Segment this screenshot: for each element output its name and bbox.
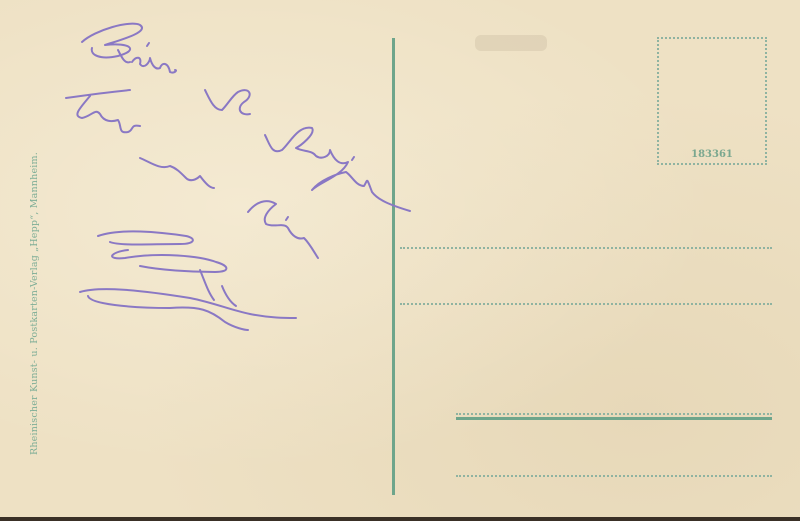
address-line-4 <box>456 475 772 477</box>
postcard: Rheinischer Kunst- u. Postkarten-Verlag … <box>0 0 800 517</box>
address-line-3-underline <box>456 417 772 420</box>
address-line-3-dotted <box>456 413 772 415</box>
card-number: 183361 <box>659 149 765 160</box>
signature: Albert <box>0 0 1 1</box>
vertical-divider-line <box>392 38 395 495</box>
publisher-imprint: Rheinischer Kunst- u. Postkarten-Verlag … <box>29 152 40 455</box>
faint-pencil-mark <box>475 35 547 51</box>
address-line-2 <box>400 303 772 305</box>
address-line-1 <box>400 247 772 249</box>
stamp-box: 183361 <box>657 37 767 165</box>
